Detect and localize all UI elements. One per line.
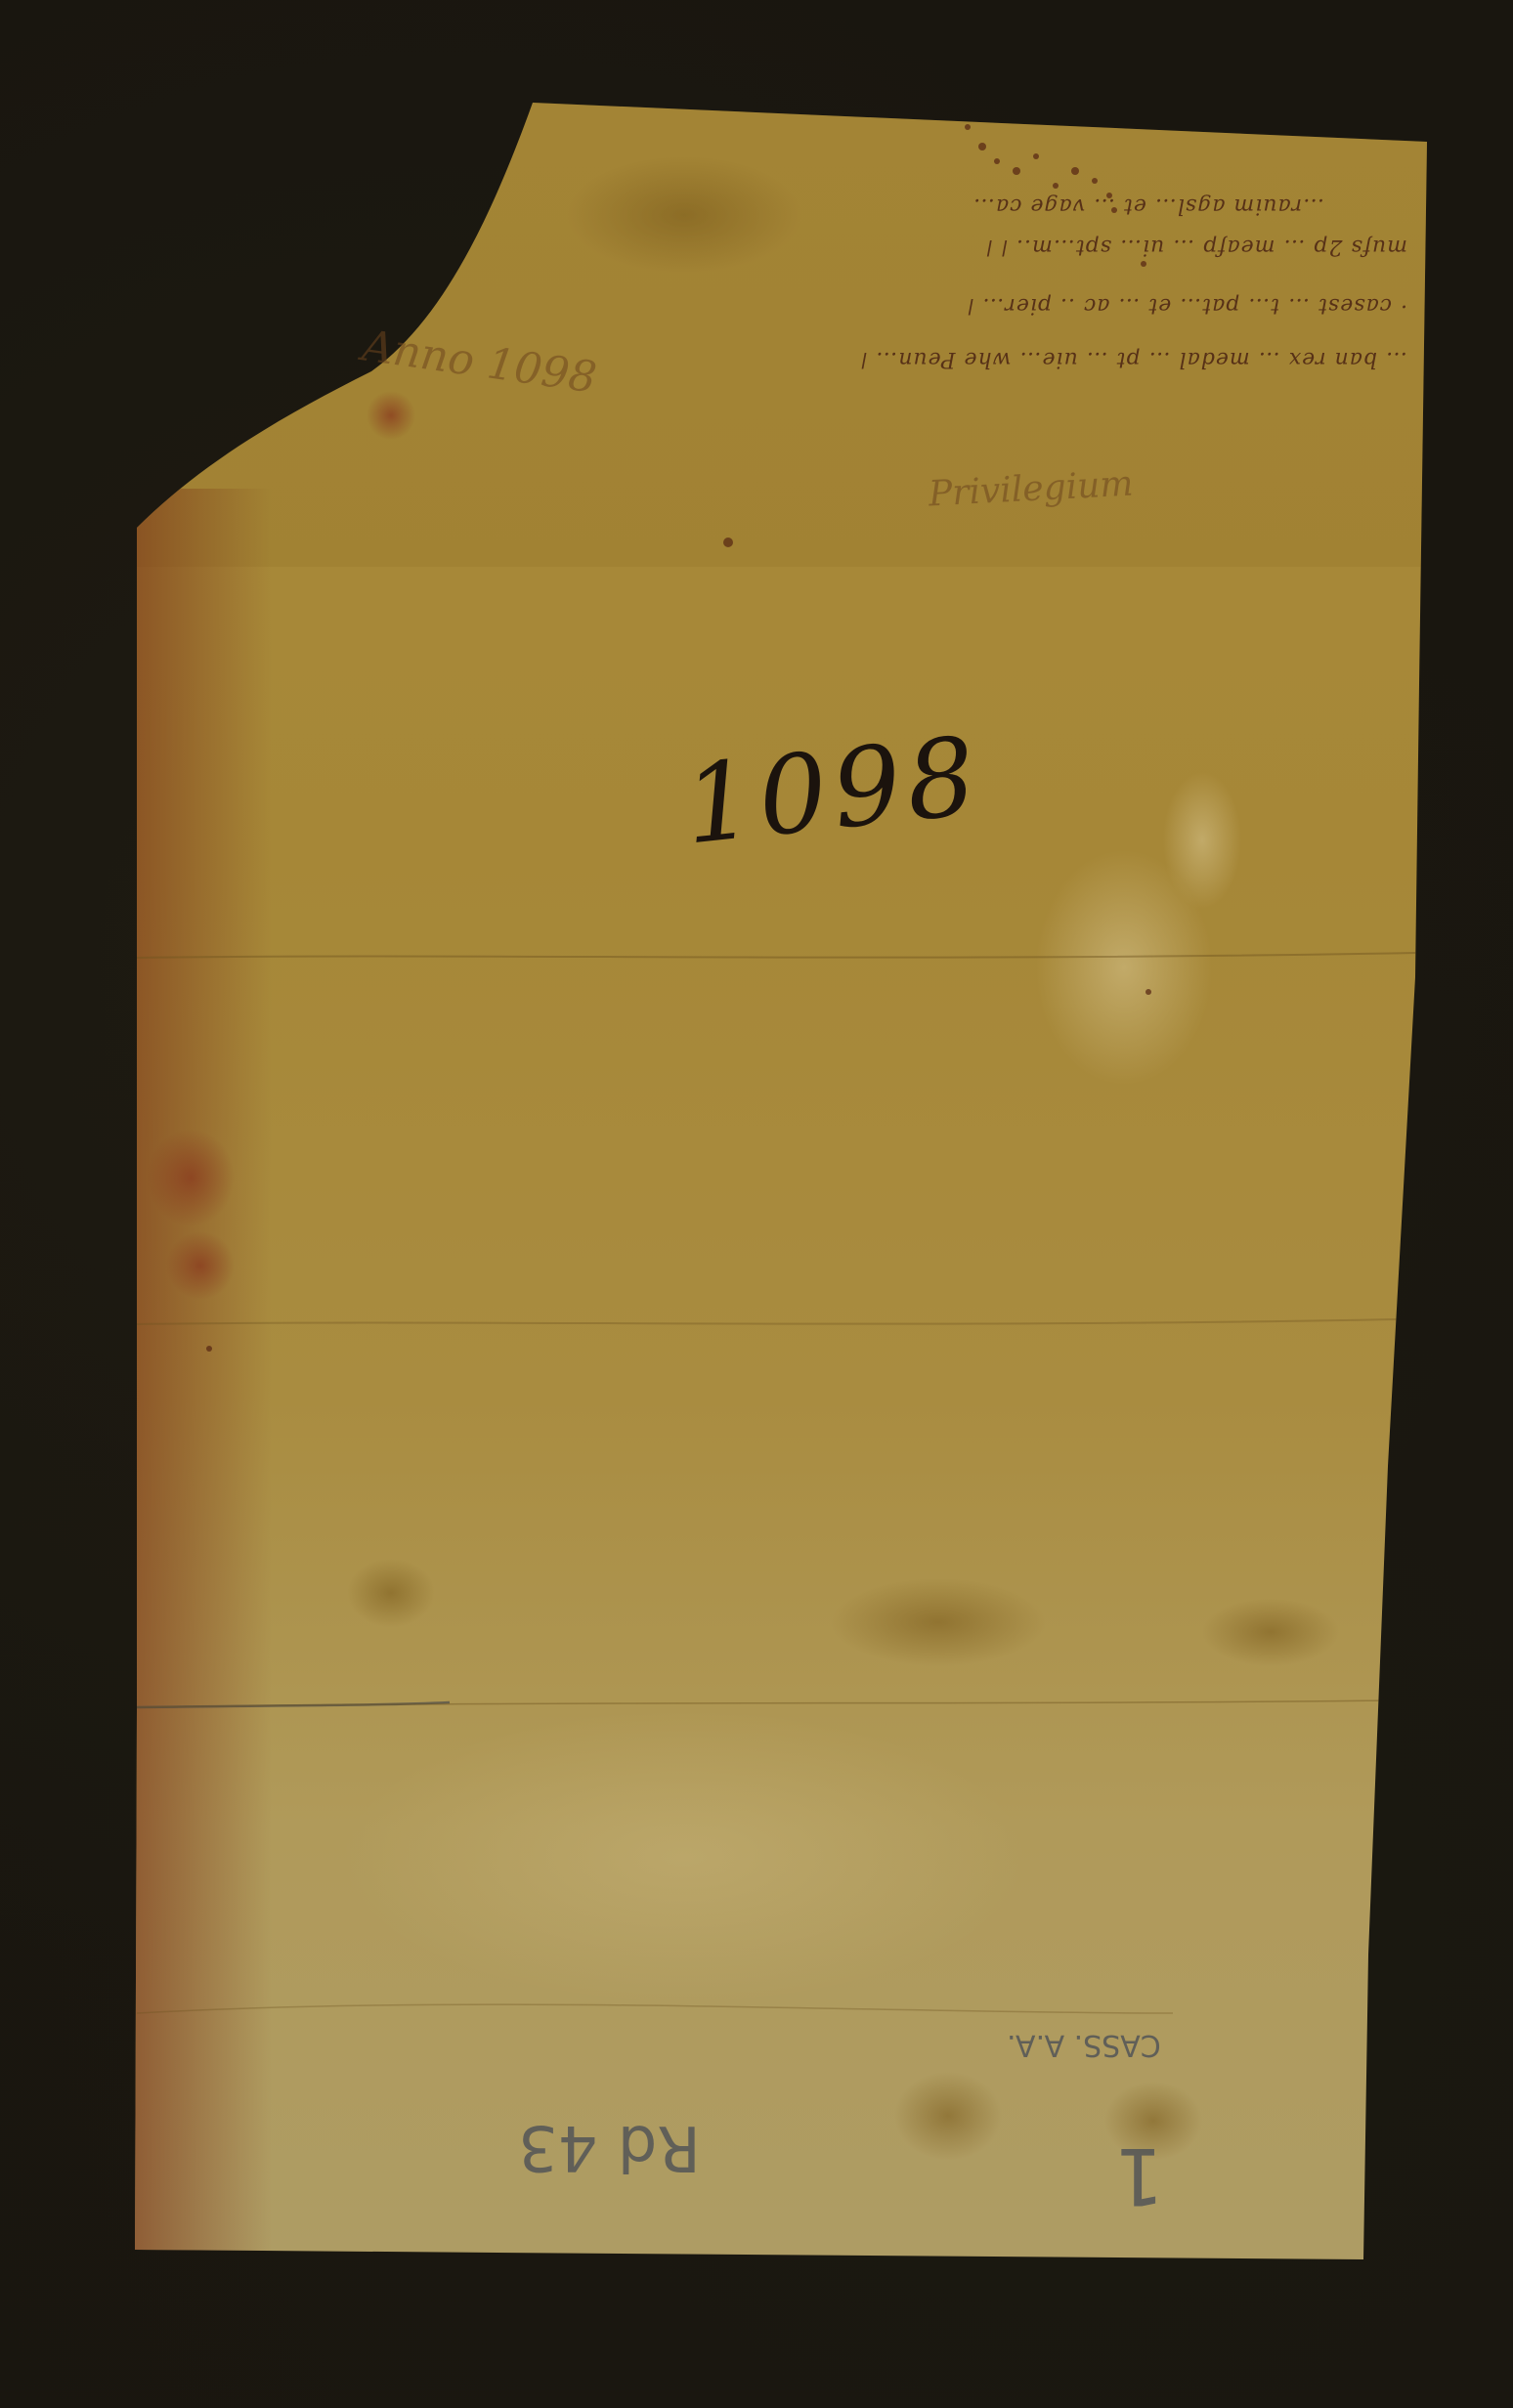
parchment-document: …rauim agsl… et … vage ca… mufs 2p … mea…	[0, 0, 1513, 2408]
shelfmark-text: Rd 43	[518, 2111, 701, 2183]
medieval-text-line-1: …rauim agsl… et … vage ca…	[973, 193, 1324, 218]
folio-text: 1	[1114, 2130, 1164, 2221]
medieval-text-line-3: · casest … t… pat… et … ac .. pier… ǀ	[547, 293, 1407, 318]
medieval-text-line-4: … ban rex … medal … pt … uie… whe Peun… …	[567, 347, 1407, 371]
medieval-text-line-2: mufs 2p … meafp … ui… spt…m.. ǀ ǀ	[547, 235, 1407, 259]
shelfmark-note: Rd 43	[518, 2111, 701, 2183]
folio-note: 1	[1114, 2130, 1164, 2221]
cassa-text: CASS. A.A.	[1007, 2028, 1161, 2062]
cassa-note: CASS. A.A.	[1007, 2028, 1161, 2062]
